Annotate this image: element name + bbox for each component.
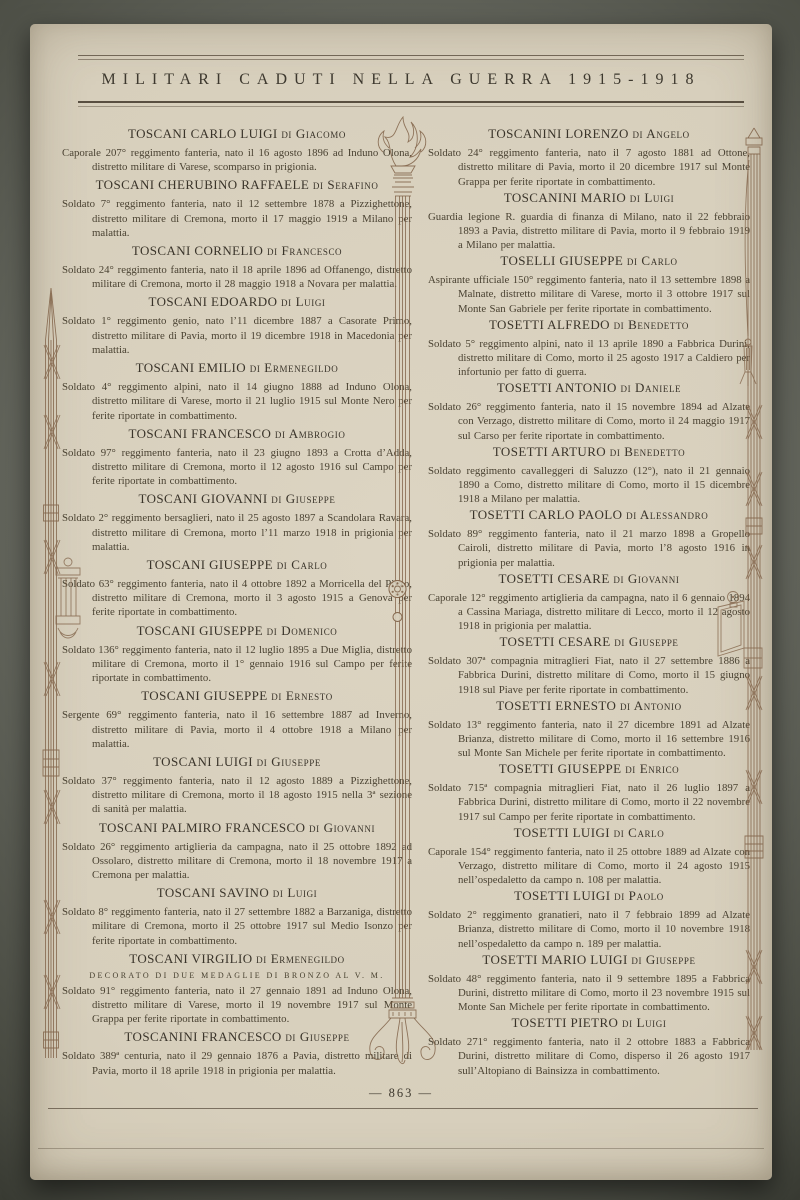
page-number: — 863 — bbox=[30, 1086, 772, 1101]
entry-record-text: Caporale 207° reggimento fanteria, nato … bbox=[62, 146, 412, 175]
father-name: di Carlo bbox=[614, 825, 665, 840]
father-name: di Paolo bbox=[614, 888, 664, 903]
entry-record-text: Soldato 89° reggimento fanteria, nato il… bbox=[428, 527, 750, 570]
father-name: di Luigi bbox=[630, 190, 674, 205]
casualty-name: TOSETTI MARIO LUIGI bbox=[482, 952, 627, 967]
casualty-entry: TOSETTI ALFREDO di Benedetto Soldato 5° … bbox=[428, 317, 750, 380]
casualty-name: TOSCANI PALMIRO FRANCESCO bbox=[99, 820, 306, 835]
entry-record-text: Soldato 2° reggimento granatieri, nato i… bbox=[428, 908, 750, 951]
casualty-entry: TOSCANI CORNELIO di Francesco Soldato 24… bbox=[62, 243, 412, 292]
father-name: di Carlo bbox=[277, 557, 328, 572]
casualty-entry: TOSETTI MARIO LUIGI di Giuseppe Soldato … bbox=[428, 952, 750, 1015]
casualty-name: TOSETTI LUIGI bbox=[514, 888, 610, 903]
entry-name-heading: TOSCANINI FRANCESCO di Giuseppe bbox=[62, 1029, 412, 1045]
entry-name-heading: TOSETTI CESARE di Giovanni bbox=[428, 571, 750, 587]
entry-name-heading: TOSCANI EDOARDO di Luigi bbox=[62, 294, 412, 310]
father-name: di Giuseppe bbox=[285, 1029, 349, 1044]
book-page-scan: MILITARI CADUTI NELLA GUERRA 1915-1918 T… bbox=[0, 0, 800, 1200]
casualty-entry: TOSCANI GIOVANNI di Giuseppe Soldato 2° … bbox=[62, 491, 412, 554]
father-name: di Angelo bbox=[632, 126, 689, 141]
casualty-name: TOSCANI GIUSEPPE bbox=[137, 623, 263, 638]
casualty-entry: TOSCANI LUIGI di Giuseppe Soldato 37° re… bbox=[62, 754, 412, 817]
father-name: di Daniele bbox=[621, 380, 682, 395]
entry-name-heading: TOSCANI SAVINO di Luigi bbox=[62, 885, 412, 901]
casualty-entry: TOSETTI CARLO PAOLO di Alessandro Soldat… bbox=[428, 507, 750, 570]
father-name: di Enrico bbox=[625, 761, 679, 776]
casualty-entry: TOSETTI LUIGI di Paolo Soldato 2° reggim… bbox=[428, 888, 750, 951]
father-name: di Luigi bbox=[622, 1015, 666, 1030]
entry-record-text: Caporale 154° reggimento fanteria, nato … bbox=[428, 845, 750, 888]
casualty-name: TOSCANI EDOARDO bbox=[148, 294, 277, 309]
casualty-name: TOSETTI GIUSEPPE bbox=[499, 761, 622, 776]
casualty-name: TOSCANI CARLO LUIGI bbox=[128, 126, 278, 141]
entry-record-text: Soldato 7° reggimento fanteria, nato il … bbox=[62, 197, 412, 240]
entry-name-heading: TOSCANI GIUSEPPE di Domenico bbox=[62, 623, 412, 639]
father-name: di Giuseppe bbox=[631, 952, 695, 967]
casualty-name: TOSCANI GIUSEPPE bbox=[141, 688, 267, 703]
entry-record-text: Soldato 91° reggimento fanteria, nato il… bbox=[62, 984, 412, 1027]
entry-name-heading: TOSCANI CHERUBINO RAFFAELE di Serafino bbox=[62, 177, 412, 193]
casualty-entry: TOSCANI GIUSEPPE di Domenico Soldato 136… bbox=[62, 623, 412, 686]
entry-name-heading: TOSCANI VIRGILIO di Ermenegildo bbox=[62, 951, 412, 967]
casualty-entry: TOSCANINI MARIO di Luigi Guardia legione… bbox=[428, 190, 750, 253]
casualty-entry: TOSCANI CHERUBINO RAFFAELE di Serafino S… bbox=[62, 177, 412, 240]
casualty-entry: TOSETTI CESARE di Giovanni Caporale 12° … bbox=[428, 571, 750, 634]
entry-name-heading: TOSELLI GIUSEPPE di Carlo bbox=[428, 253, 750, 269]
entry-name-heading: TOSETTI CARLO PAOLO di Alessandro bbox=[428, 507, 750, 523]
entry-record-text: Soldato 2° reggimento bersaglieri, nato … bbox=[62, 511, 412, 554]
casualty-name: TOSETTI PIETRO bbox=[512, 1015, 619, 1030]
entry-record-text: Soldato 13° reggimento fanteria, nato il… bbox=[428, 718, 750, 761]
father-name: di Giacomo bbox=[281, 126, 346, 141]
father-name: di Giovanni bbox=[613, 571, 679, 586]
entry-name-heading: TOSETTI ANTONIO di Daniele bbox=[428, 380, 750, 396]
casualty-name: TOSETTI CARLO PAOLO bbox=[470, 507, 623, 522]
casualty-entry: TOSCANI PALMIRO FRANCESCO di Giovanni So… bbox=[62, 820, 412, 883]
father-name: di Giuseppe bbox=[614, 634, 678, 649]
casualty-name: TOSCANI CORNELIO bbox=[132, 243, 263, 258]
father-name: di Ermenegildo bbox=[250, 360, 339, 375]
casualty-entry: TOSCANI EMILIO di Ermenegildo Soldato 4°… bbox=[62, 360, 412, 423]
casualty-name: TOSCANI VIRGILIO bbox=[129, 951, 252, 966]
father-name: di Ernesto bbox=[271, 688, 333, 703]
casualty-name: TOSCANI SAVINO bbox=[157, 885, 269, 900]
casualty-entry: TOSETTI ANTONIO di Daniele Soldato 26° r… bbox=[428, 380, 750, 443]
entry-name-heading: TOSETTI CESARE di Giuseppe bbox=[428, 634, 750, 650]
casualty-name: TOSETTI ANTONIO bbox=[497, 380, 617, 395]
left-column: TOSCANI CARLO LUIGI di Giacomo Caporale … bbox=[62, 126, 412, 1078]
father-name: di Luigi bbox=[273, 885, 317, 900]
casualty-name: TOSCANI GIOVANNI bbox=[139, 491, 268, 506]
casualty-name: TOSCANI EMILIO bbox=[136, 360, 246, 375]
title-rule bbox=[78, 101, 744, 107]
casualty-name: TOSETTI CESARE bbox=[499, 634, 610, 649]
entry-record-text: Soldato 136° reggimento fanteria, nato i… bbox=[62, 643, 412, 686]
father-name: di Giuseppe bbox=[257, 754, 321, 769]
bottom-rule bbox=[48, 1108, 758, 1109]
entry-decoration-line: DECORATO DI DUE MEDAGLIE DI BRONZO AL V.… bbox=[62, 971, 412, 980]
entry-record-text: Soldato 24° reggimento fanteria, nato il… bbox=[62, 263, 412, 292]
casualty-entry: TOSETTI GIUSEPPE di Enrico Soldato 715ª … bbox=[428, 761, 750, 824]
casualty-name: TOSETTI ARTURO bbox=[493, 444, 606, 459]
father-name: di Serafino bbox=[313, 177, 379, 192]
casualty-entry: TOSCANINI LORENZO di Angelo Soldato 24° … bbox=[428, 126, 750, 189]
entry-record-text: Soldato 271° reggimento fanteria, nato i… bbox=[428, 1035, 750, 1078]
entry-record-text: Caporale 12° reggimento artiglieria da c… bbox=[428, 591, 750, 634]
entry-record-text: Soldato 26° reggimento artiglieria da ca… bbox=[62, 840, 412, 883]
entry-name-heading: TOSETTI GIUSEPPE di Enrico bbox=[428, 761, 750, 777]
entry-name-heading: TOSCANINI MARIO di Luigi bbox=[428, 190, 750, 206]
father-name: di Ermenegildo bbox=[256, 951, 345, 966]
father-name: di Carlo bbox=[627, 253, 678, 268]
casualty-entry: TOSCANI SAVINO di Luigi Soldato 8° reggi… bbox=[62, 885, 412, 948]
father-name: di Francesco bbox=[267, 243, 342, 258]
entry-record-text: Soldato 97° reggimento fanteria, nato il… bbox=[62, 446, 412, 489]
casualty-name: TOSETTI ALFREDO bbox=[489, 317, 610, 332]
casualty-name: TOSCANI CHERUBINO RAFFAELE bbox=[96, 177, 310, 192]
entry-name-heading: TOSETTI LUIGI di Carlo bbox=[428, 825, 750, 841]
casualty-name: TOSCANINI FRANCESCO bbox=[124, 1029, 281, 1044]
entry-name-heading: TOSETTI ARTURO di Benedetto bbox=[428, 444, 750, 460]
father-name: di Luigi bbox=[281, 294, 325, 309]
page-title: MILITARI CADUTI NELLA GUERRA 1915-1918 bbox=[30, 71, 772, 89]
father-name: di Antonio bbox=[620, 698, 682, 713]
entry-record-text: Soldato 26° reggimento fanteria, nato il… bbox=[428, 400, 750, 443]
entry-record-text: Aspirante ufficiale 150° reggimento fant… bbox=[428, 273, 750, 316]
casualty-name: TOSCANI GIUSEPPE bbox=[147, 557, 273, 572]
entry-record-text: Soldato 24° reggimento fanteria, nato il… bbox=[428, 146, 750, 189]
father-name: di Benedetto bbox=[614, 317, 689, 332]
entry-name-heading: TOSCANI EMILIO di Ermenegildo bbox=[62, 360, 412, 376]
casualty-entry: TOSCANI GIUSEPPE di Carlo Soldato 63° re… bbox=[62, 557, 412, 620]
entry-name-heading: TOSETTI LUIGI di Paolo bbox=[428, 888, 750, 904]
entry-record-text: Soldato 37° reggimento fanteria, nato il… bbox=[62, 774, 412, 817]
casualty-entry: TOSETTI PIETRO di Luigi Soldato 271° reg… bbox=[428, 1015, 750, 1078]
casualty-name: TOSELLI GIUSEPPE bbox=[500, 253, 623, 268]
casualty-entry: TOSCANI VIRGILIO di Ermenegildo DECORATO… bbox=[62, 951, 412, 1027]
entry-name-heading: TOSETTI PIETRO di Luigi bbox=[428, 1015, 750, 1031]
entry-name-heading: TOSCANI LUIGI di Giuseppe bbox=[62, 754, 412, 770]
entry-record-text: Soldato 4° reggimento alpini, nato il 14… bbox=[62, 380, 412, 423]
casualty-entry: TOSCANI FRANCESCO di Ambrogio Soldato 97… bbox=[62, 426, 412, 489]
entry-record-text: Sergente 69° reggimento fanteria, nato i… bbox=[62, 708, 412, 751]
casualty-entry: TOSELLI GIUSEPPE di Carlo Aspirante uffi… bbox=[428, 253, 750, 316]
casualty-entry: TOSETTI ERNESTO di Antonio Soldato 13° r… bbox=[428, 698, 750, 761]
casualty-name: TOSETTI CESARE bbox=[499, 571, 610, 586]
father-name: di Giuseppe bbox=[271, 491, 335, 506]
entry-name-heading: TOSETTI ALFREDO di Benedetto bbox=[428, 317, 750, 333]
entry-record-text: Soldato 307ª compagnia mitraglieri Fiat,… bbox=[428, 654, 750, 697]
casualty-name: TOSETTI LUIGI bbox=[514, 825, 610, 840]
entry-record-text: Guardia legione R. guardia di finanza di… bbox=[428, 210, 750, 253]
entry-name-heading: TOSCANI FRANCESCO di Ambrogio bbox=[62, 426, 412, 442]
father-name: di Domenico bbox=[267, 623, 338, 638]
casualty-entry: TOSETTI ARTURO di Benedetto Soldato regg… bbox=[428, 444, 750, 507]
entry-record-text: Soldato 389ª centuria, nato il 29 gennai… bbox=[62, 1049, 412, 1078]
entry-record-text: Soldato 1° reggimento genio, nato l’11 d… bbox=[62, 314, 412, 357]
casualty-name: TOSCANI LUIGI bbox=[153, 754, 253, 769]
entry-name-heading: TOSETTI MARIO LUIGI di Giuseppe bbox=[428, 952, 750, 968]
top-double-rule bbox=[78, 55, 744, 60]
father-name: di Giovanni bbox=[309, 820, 375, 835]
casualty-name: TOSCANINI MARIO bbox=[504, 190, 626, 205]
entry-name-heading: TOSCANI GIOVANNI di Giuseppe bbox=[62, 491, 412, 507]
casualty-entry: TOSCANI GIUSEPPE di Ernesto Sergente 69°… bbox=[62, 688, 412, 751]
casualty-name: TOSCANI FRANCESCO bbox=[129, 426, 272, 441]
casualty-name: TOSETTI ERNESTO bbox=[496, 698, 616, 713]
entry-record-text: Soldato 8° reggimento fanteria, nato il … bbox=[62, 905, 412, 948]
entry-record-text: Soldato 715ª compagnia mitraglieri Fiat,… bbox=[428, 781, 750, 824]
casualty-entry: TOSETTI CESARE di Giuseppe Soldato 307ª … bbox=[428, 634, 750, 697]
entry-name-heading: TOSCANINI LORENZO di Angelo bbox=[428, 126, 750, 142]
page-paper: MILITARI CADUTI NELLA GUERRA 1915-1918 T… bbox=[30, 24, 772, 1180]
entry-name-heading: TOSETTI ERNESTO di Antonio bbox=[428, 698, 750, 714]
entry-record-text: Soldato 63° reggimento fanteria, nato il… bbox=[62, 577, 412, 620]
casualty-name: TOSCANINI LORENZO bbox=[488, 126, 629, 141]
entry-name-heading: TOSCANI PALMIRO FRANCESCO di Giovanni bbox=[62, 820, 412, 836]
entry-record-text: Soldato 48° reggimento fanteria, nato il… bbox=[428, 972, 750, 1015]
bottom-edge-rule bbox=[38, 1148, 764, 1149]
father-name: di Benedetto bbox=[610, 444, 685, 459]
entry-record-text: Soldato reggimento cavalleggeri di Saluz… bbox=[428, 464, 750, 507]
entry-name-heading: TOSCANI GIUSEPPE di Ernesto bbox=[62, 688, 412, 704]
entries-area: TOSCANI CARLO LUIGI di Giacomo Caporale … bbox=[62, 126, 750, 1078]
casualty-entry: TOSCANINI FRANCESCO di Giuseppe Soldato … bbox=[62, 1029, 412, 1078]
casualty-entry: TOSETTI LUIGI di Carlo Caporale 154° reg… bbox=[428, 825, 750, 888]
father-name: di Ambrogio bbox=[275, 426, 346, 441]
casualty-entry: TOSCANI EDOARDO di Luigi Soldato 1° regg… bbox=[62, 294, 412, 357]
casualty-entry: TOSCANI CARLO LUIGI di Giacomo Caporale … bbox=[62, 126, 412, 175]
entry-name-heading: TOSCANI CORNELIO di Francesco bbox=[62, 243, 412, 259]
right-column: TOSCANINI LORENZO di Angelo Soldato 24° … bbox=[428, 126, 750, 1078]
entry-name-heading: TOSCANI GIUSEPPE di Carlo bbox=[62, 557, 412, 573]
entry-record-text: Soldato 5° reggimento alpini, nato il 13… bbox=[428, 337, 750, 380]
entry-name-heading: TOSCANI CARLO LUIGI di Giacomo bbox=[62, 126, 412, 142]
father-name: di Alessandro bbox=[626, 507, 708, 522]
